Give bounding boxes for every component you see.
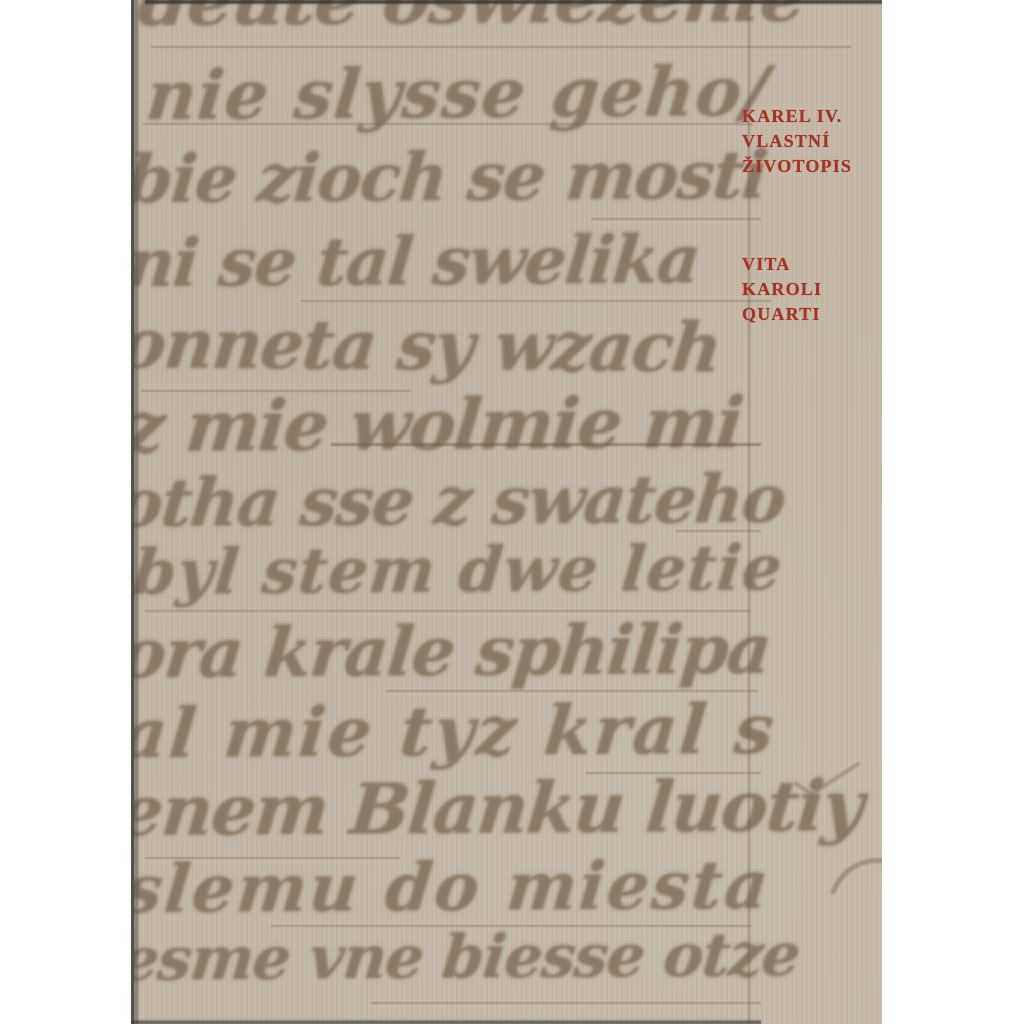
ruled-line <box>386 690 758 692</box>
manuscript-script-line: esme vne biesse otze <box>131 925 802 990</box>
manuscript-script-line: al mie tyz kral s <box>131 695 779 768</box>
ruled-line-underline <box>331 443 761 446</box>
ruled-line <box>676 530 761 532</box>
book-cover: deute oswiezenie nie slysse geho/ bie zi… <box>131 0 882 1024</box>
manuscript-script-line: ora krale sphilipa <box>131 615 773 688</box>
manuscript-script-line: slemu do miesta <box>131 851 774 922</box>
manuscript-script-line: bie zioch se mosti <box>131 142 770 212</box>
pen-flourish <box>831 850 882 907</box>
manuscript-script-line: nie slysse geho/ <box>144 58 773 130</box>
title-latin-line: QUARTI <box>742 302 822 327</box>
title-czech-line: KAREL IV. <box>742 104 852 129</box>
title-czech: KAREL IV. VLASTNÍ ŽIVOTOPIS <box>742 104 852 179</box>
title-latin: VITA KAROLI QUARTI <box>742 252 822 327</box>
ruled-line <box>143 123 753 125</box>
manuscript-script-line: deute oswiezenie <box>135 0 808 36</box>
cover-left-edge-shadow <box>131 0 140 1024</box>
cover-bottom-edge-shadow <box>131 1019 761 1024</box>
manuscript-script-line: z mie wolmie mi <box>131 388 745 462</box>
ruled-line <box>591 218 761 220</box>
ruled-line <box>145 857 400 859</box>
cover-top-edge-shadow <box>145 0 882 5</box>
ruled-line <box>586 772 761 774</box>
manuscript-script-line: onneta sy wzach <box>131 310 724 382</box>
ruled-line <box>141 390 411 392</box>
title-czech-line: VLASTNÍ <box>742 129 852 154</box>
ruled-line <box>371 1002 761 1004</box>
manuscript-script-line: otha sse z swateho <box>131 465 788 536</box>
title-czech-line: ŽIVOTOPIS <box>742 154 852 179</box>
ruled-line <box>301 300 771 302</box>
ruled-line <box>271 925 751 927</box>
manuscript-script-line: enem Blanku luotiy <box>131 771 866 846</box>
ruled-line <box>145 610 751 612</box>
manuscript-script-line: ni se tal swelika <box>131 226 702 296</box>
ruled-line <box>151 46 851 48</box>
pen-flourish <box>794 758 864 803</box>
title-latin-line: VITA <box>742 252 822 277</box>
title-latin-line: KAROLI <box>742 277 822 302</box>
manuscript-script-line: byl stem dwe letie <box>131 537 786 604</box>
